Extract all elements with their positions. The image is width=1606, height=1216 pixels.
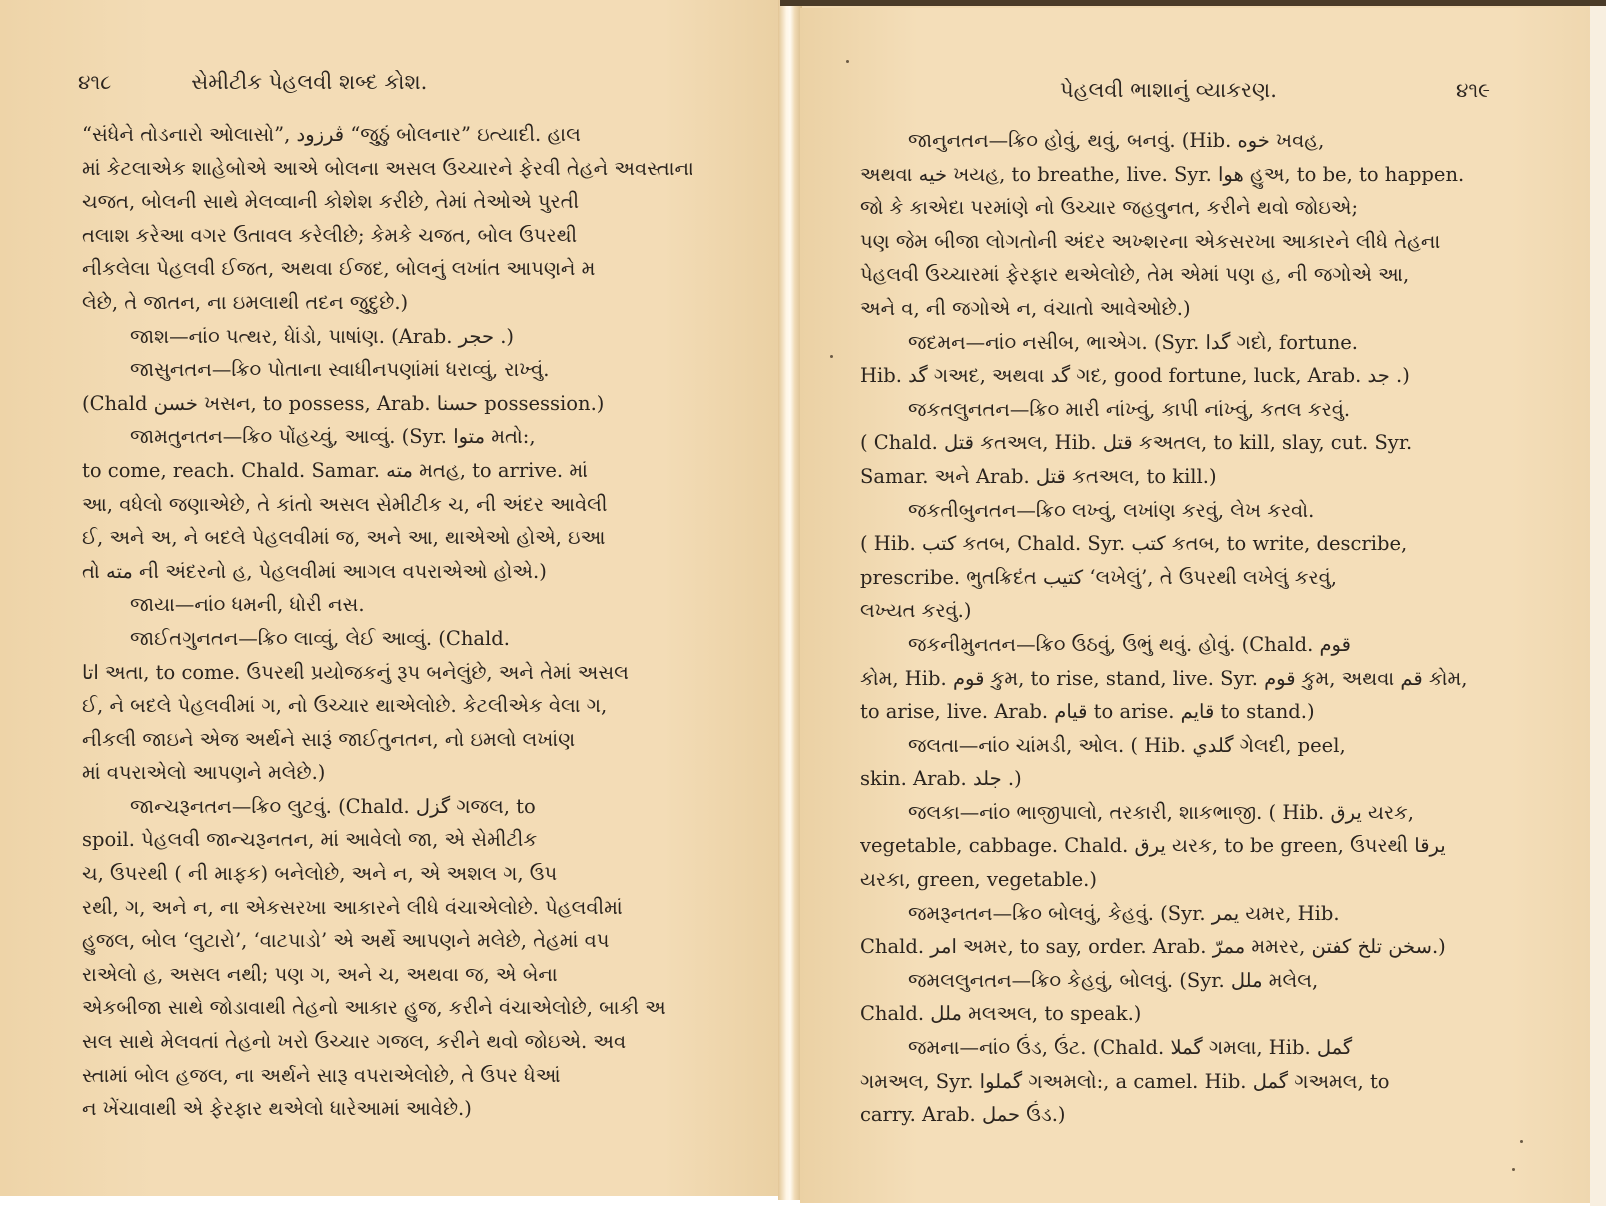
dictionary-entry-line: જલતા—નાં૦ ચાંમડી, ઓલ. ( Hib. گلدي ગેલદી,…	[860, 729, 1500, 763]
text-line: આ, વધેલો જણાએછે, તે કાંતો અસલ સેમીટીક ચ,…	[82, 488, 692, 522]
dictionary-entry-line: જદમન—નાં૦ નસીબ, ભાએગ. (Syr. گدا ગદો, for…	[860, 326, 1500, 360]
text-line: લેછે, તે જાતન, ના ઇમલાથી તદન જુદુછે.)	[82, 286, 692, 320]
paper-speck	[846, 60, 849, 63]
text-line: to come, reach. Chald. Samar. مته મતહ, t…	[82, 454, 692, 488]
text-line: અને વ, ની જગોએ ન, વંચાતો આવેઓછે.)	[860, 292, 1500, 326]
right-page-body: જાનુનતન—ક્રિ૦ હોવું, થવું, બનવું. (Hib. …	[860, 124, 1500, 1132]
text-line: એકબીજા સાથે જોડાવાથી તેહનો આકાર હુજ, કરી…	[82, 991, 692, 1025]
paper-speck	[1520, 1140, 1523, 1143]
dictionary-entry-line: જાયા—નાં૦ ધમની, ધોરી નસ.	[82, 588, 692, 622]
text-line: યરકા, green, vegetable.)	[860, 863, 1500, 897]
text-line: સલ સાથે મેલવતાં તેહનો ખરો ઉચ્ચાર ગજલ, કર…	[82, 1025, 692, 1059]
text-line: કોમ, Hib. قوم કુમ, to rise, stand, live.…	[860, 662, 1500, 696]
dictionary-entry-line: જકતીબુનતન—ક્રિ૦ લખ્વું, લખાંણ કરવું, લેખ…	[860, 494, 1500, 528]
dictionary-entry-line: જાશ—નાં૦ પત્થર, ધેાંડો, પાષાંણ. (Arab. ح…	[82, 320, 692, 354]
text-line: اتا અતા, to come. ઉપરથી પ્રયોજકનું રૂપ બ…	[82, 656, 692, 690]
text-line: (Chald خسن ખસન, to possess, Arab. حسنا p…	[82, 387, 692, 421]
text-line: નીકલેલા પેહલવી ઈજત, અથવા ઈજદ, બોલનું લખા…	[82, 252, 692, 286]
text-line: લખ્યત કરવું.)	[860, 594, 1500, 628]
text-line: Chald. امر અમર, to say, order. Arab. ممر…	[860, 930, 1500, 964]
text-line: ચજત, બોલની સાથે મેલવ્વાની કોશેશ કરીછે, ત…	[82, 185, 692, 219]
text-line: પેહલવી ઉચ્ચારમાં ફેરફાર થએલોછે, તેમ એમાં…	[860, 258, 1500, 292]
dictionary-entry-line: જકનીમુનતન—ક્રિ૦ ઉઠવું, ઉભું થવું. હોવું.…	[860, 628, 1500, 662]
dictionary-entry-line: જાસુનતન—ક્રિ૦ પોતાના સ્વાધીનપણાંમાં ધરાવ…	[82, 353, 692, 387]
scan-margin	[1590, 6, 1606, 1206]
left-page-header: ૪૧૮ સેમીટીક પેહલવી શબ્દ કોશ.	[78, 70, 698, 95]
text-line: માં વપરાએલો આપણને મલેછે.)	[82, 756, 692, 790]
left-page: ૪૧૮ સેમીટીક પેહલવી શબ્દ કોશ. “સંધેને તોડ…	[0, 0, 780, 1196]
text-line: જો કે કાએદા પરમાંણે નો ઉચ્ચાર જહવુનત, કર…	[860, 191, 1500, 225]
dictionary-entry-line: જમરૂનતન—ક્રિ૦ બોલવું, કેહવું. (Syr. يمر …	[860, 897, 1500, 931]
text-line: Hib. گد ગઅદ, અથવા گد ગદ, good fortune, l…	[860, 359, 1500, 393]
page-number: ૪૧૮	[78, 70, 111, 94]
page-number: ૪૧૯	[1456, 78, 1490, 102]
text-line: ઈ, અને અ, ને બદલે પેહલવીમાં જ, અને આ, થા…	[82, 521, 692, 555]
text-line: ( Hib. كتب કતબ, Chald. Syr. كتب કતબ, to …	[860, 527, 1500, 561]
text-line: પણ જેમ બીજા લોગતોની અંદર અખ્શરના એકસરખા …	[860, 225, 1500, 259]
dictionary-entry-line: જાઈતગુનતન—ક્રિ૦ લાવ્વું, લેઈ આવ્વું. (Ch…	[82, 622, 692, 656]
text-line: to arise, live. Arab. قيام to arise. قاي…	[860, 695, 1500, 729]
text-line: Chald. ملل મલઅલ, to speak.)	[860, 997, 1500, 1031]
text-line: spoil. પેહલવી જાન્ચરૂનતન, માં આવેલો જા, …	[82, 823, 692, 857]
text-line: સ્તામાં બોલ હજલ, ના અર્થને સારૂ વપરાએલોછ…	[82, 1059, 692, 1093]
text-line: ( Chald. قتل કતઅલ, Hib. قتل કઅતલ, to kil…	[860, 426, 1500, 460]
text-line: “સંધેને તોડનારો ઓલાસો”, ڤرزود “જુઠું બોલ…	[82, 118, 692, 152]
running-title: સેમીટીક પેહલવી શબ્દ કોશ.	[191, 70, 427, 95]
text-line: રથી, ગ, અને ન, ના એકસરખા આકારને લીધે વંચ…	[82, 891, 692, 925]
dictionary-entry-line: જાન્ચરૂનતન—ક્રિ૦ લુટવું. (Chald. گزل ગજલ…	[82, 790, 692, 824]
text-line: ઈ, ને બદલે પેહલવીમાં ગ, નો ઉચ્ચાર થાએલોછ…	[82, 689, 692, 723]
text-line: ગમઅલ, Syr. گملوا ગઅમલો:, a camel. Hib. گ…	[860, 1065, 1500, 1099]
text-line: તો مته ની અંદરનો હ, પેહલવીમાં આગલ વપરાએઓ…	[82, 555, 692, 589]
dictionary-entry-line: જકતલુનતન—ક્રિ૦ મારી નાંખ્વું, કાપી નાંખ્…	[860, 393, 1500, 427]
right-page: પેહલવી ભાશાનું વ્યાકરણ. ૪૧૯ જાનુનતન—ક્રિ…	[800, 8, 1590, 1203]
text-line: Samar. અને Arab. قتل કતઅલ, to kill.)	[860, 460, 1500, 494]
dictionary-entry-line: જમના—નાં૦ ઉંડ, ઉંટ. (Chald. گملا ગમલા, H…	[860, 1031, 1500, 1065]
paper-speck	[830, 355, 833, 358]
text-line: ન ખેંચાવાથી એ ફેરફાર થએલો ધારેઆમાં આવેછે…	[82, 1092, 692, 1126]
left-page-body: “સંધેને તોડનારો ઓલાસો”, ڤرزود “જુઠું બોલ…	[82, 118, 692, 1126]
dictionary-entry-line: જાનુનતન—ક્રિ૦ હોવું, થવું, બનવું. (Hib. …	[860, 124, 1500, 158]
text-line: અથવા خيه ખયહ, to breathe, live. Syr. هوا…	[860, 158, 1500, 192]
text-line: રાએલો હ, અસલ નથી; પણ ગ, અને ચ, અથવા જ, એ…	[82, 958, 692, 992]
text-line: skin. Arab. جلد .)	[860, 762, 1500, 796]
paper-speck	[1512, 1168, 1515, 1171]
text-line: ચ, ઉપરથી ( ની માફક) બનેલોછે, અને ન, એ અશ…	[82, 857, 692, 891]
text-line: માં કેટલાએક શાહેબોએ આએ બોલના અસલ ઉચ્ચારન…	[82, 152, 692, 186]
right-page-header: પેહલવી ભાશાનું વ્યાકરણ. ૪૧૯	[860, 78, 1500, 103]
scan-edge	[780, 0, 1606, 6]
text-line: carry. Arab. حمل ઉંડ.)	[860, 1098, 1500, 1132]
text-line: તલાશ કરેઆ વગર ઉતાવલ કરેલીછે; કેમકે ચજત, …	[82, 219, 692, 253]
text-line: નીકલી જાઇને એજ અર્થને સારૂં જાઈતુનતન, નો…	[82, 723, 692, 757]
book-gutter	[778, 0, 802, 1200]
book-spread: ૪૧૮ સેમીટીક પેહલવી શબ્દ કોશ. “સંધેને તોડ…	[0, 0, 1606, 1196]
dictionary-entry-line: જમલલુનતન—ક્રિ૦ કેહવું, બોલવું. (Syr. ملل…	[860, 964, 1500, 998]
dictionary-entry-line: જલકા—નાં૦ ભાજીપાલો, તરકારી, શાકભાજી. ( H…	[860, 796, 1500, 830]
dictionary-entry-line: જામતુનતન—ક્રિ૦ પોંહચ્વું, આવ્વું. (Syr. …	[82, 420, 692, 454]
running-title: પેહલવી ભાશાનું વ્યાકરણ.	[1060, 78, 1277, 103]
text-line: prescribe. ભુતક્રિદંત كتيب ‘લખેલું’, તે …	[860, 561, 1500, 595]
text-line: vegetable, cabbage. Chald. يرق યરક, to b…	[860, 829, 1500, 863]
text-line: હુજલ, બોલ ‘લુટારો’, ‘વાટપાડો’ એ અર્થે આપ…	[82, 924, 692, 958]
